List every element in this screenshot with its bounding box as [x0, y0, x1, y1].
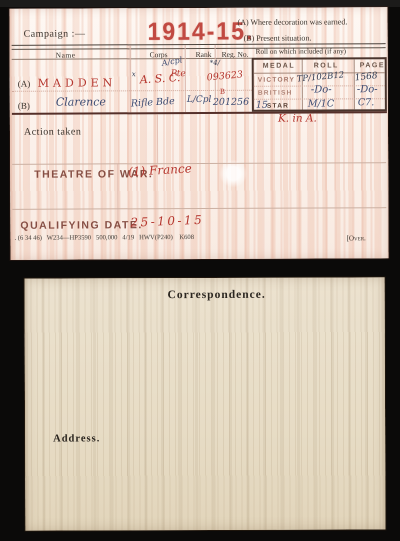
medal-row-british-label: BRITISH [258, 90, 293, 97]
printer-imprint: . (6 34 46) W234—HP3590 500,000 4/19 HWV… [14, 234, 194, 242]
row-a-label: (A) [18, 79, 31, 89]
star-roll-value: M/1C [308, 98, 334, 109]
campaign-label: Campaign :— [24, 28, 86, 39]
over-note: [Over. [346, 234, 365, 242]
medal-index-card: Campaign :— 1914-15. (A) Where decoratio… [9, 7, 388, 260]
medal-box-header-medal: MEDAL [263, 63, 295, 70]
medal-box-vline-2 [354, 59, 355, 109]
medal-box-header-roll: ROLL [314, 62, 339, 69]
row-b-forename: Clarence [56, 95, 106, 108]
medal-box-header-page: PAGE [360, 62, 385, 69]
section-rule-1 [12, 162, 386, 165]
theatre-of-war-value: (1) France [128, 161, 192, 179]
section-rule-2 [12, 207, 386, 210]
british-page-value: -Do- [357, 84, 378, 95]
row-b-reg-prefix: B [220, 88, 225, 96]
row-a-reg-upper: *4/ [210, 59, 220, 67]
medal-row-star-label: STAR [267, 103, 289, 110]
row-b-rank: L/Cpl [187, 95, 212, 105]
row-b-reg-no: 201256 [213, 97, 249, 108]
medal-row-victory-label: VICTORY [258, 77, 295, 84]
medal-roll-box: MEDAL ROLL PAGE VICTORY BRITISH STAR 15 … [252, 57, 387, 112]
row-b-label: (B) [18, 101, 30, 111]
british-roll-value: -Do- [311, 84, 332, 95]
note-present-situation: (B) Present situation. [244, 34, 312, 43]
table-bottom-rule [12, 111, 387, 115]
star-page-value: C7. [358, 97, 374, 108]
action-taken-label: Action taken [24, 127, 81, 138]
victory-page-value: 1568 [354, 71, 378, 83]
row-a-reg-no: 093623 [206, 69, 243, 83]
row-a-rank-lower: Pte [171, 69, 186, 79]
star-prefix-value: 15 [256, 100, 268, 111]
note-where-earned: (A) Where decoration was earned. [237, 17, 347, 26]
row-a-surname: MADDEN [38, 76, 117, 89]
qualifying-date-stamp: QUALIFYING DATE. [20, 219, 142, 232]
correspondence-card: Correspondence. Address. [25, 277, 386, 530]
qualifying-date-value: 25-10-15 [130, 213, 204, 230]
row-a-corps-mark: x [132, 70, 136, 78]
address-label: Address. [53, 433, 100, 444]
section-vline-action [157, 114, 158, 163]
killed-in-action-note: K. in A. [278, 112, 317, 124]
row-b-corps: Rifle Bde [131, 96, 175, 109]
correspondence-title: Correspondence. [25, 288, 385, 301]
scan-background: Campaign :— 1914-15. (A) Where decoratio… [0, 0, 400, 541]
col-header-roll: Roll on which included (if any) [256, 47, 346, 55]
